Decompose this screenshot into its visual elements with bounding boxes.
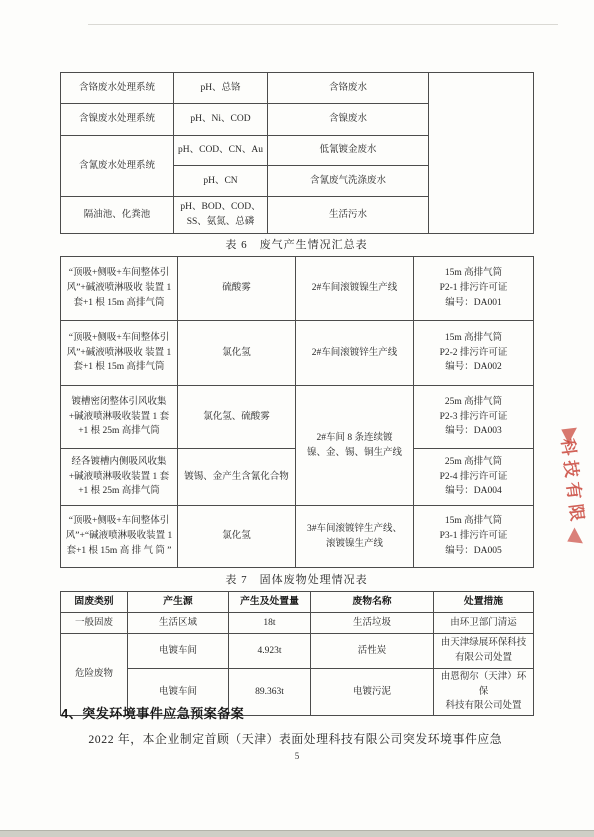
source-cell: 生活区域 xyxy=(128,613,229,634)
seal-fragment-icon xyxy=(557,422,577,444)
wastewater-cell: 含氰废气洗涤废水 xyxy=(268,166,429,197)
indicators-cell: pH、CN xyxy=(174,166,268,197)
treatment-cell: “顶吸+侧吸+车间整体引风”+“碱液喷淋吸收装置 1 套+1 根 15m 高 排… xyxy=(61,506,178,568)
pollutant-cell: 氯化氢 xyxy=(178,321,296,386)
category-cell: 一般固废 xyxy=(61,613,128,634)
column-header: 处置措施 xyxy=(434,592,534,613)
system-cell: 含镍废水处理系统 xyxy=(61,104,174,136)
measure-cell: 由天津绿展环保科技 有限公司处置 xyxy=(434,634,534,669)
seal-text: 科技有限 xyxy=(557,437,593,527)
table-row: 一般固废 生活区域 18t 生活垃圾 由环卫部门清运 xyxy=(61,613,534,634)
source-cell: 2#车间滚镀锌生产线 xyxy=(296,321,414,386)
treatment-cell: “顶吸+侧吸+车间整体引风”+碱液喷淋吸收 装置 1 套+1 根 15m 高排气… xyxy=(61,257,178,321)
source-cell: 电镀车间 xyxy=(128,634,229,669)
table-row: “顶吸+侧吸+车间整体引风”+碱液喷淋吸收 装置 1 套+1 根 15m 高排气… xyxy=(61,321,534,386)
exhaust-gas-table: “顶吸+侧吸+车间整体引风”+碱液喷淋吸收 装置 1 套+1 根 15m 高排气… xyxy=(60,256,534,568)
indicators-cell: pH、BOD、COD、 SS、氨氮、总磷 xyxy=(174,197,268,234)
table-row: “顶吸+侧吸+车间整体引风”+“碱液喷淋吸收装置 1 套+1 根 15m 高 排… xyxy=(61,506,534,568)
seal-fragment-icon xyxy=(563,528,583,550)
company-seal-stamp: 科技有限 xyxy=(556,420,594,550)
wastewater-cell: 含镍废水 xyxy=(268,104,429,136)
pollutant-cell: 氯化氢 xyxy=(178,506,296,568)
outlet-cell: 25m 高排气筒 P2-3 排污许可证 编号：DA003 xyxy=(414,386,534,449)
waste-name-cell: 生活垃圾 xyxy=(311,613,434,634)
amount-cell: 18t xyxy=(229,613,311,634)
outlet-cell: 15m 高排气筒 P3-1 排污许可证 编号：DA005 xyxy=(414,506,534,568)
system-cell: 含氰废水处理系统 xyxy=(61,136,174,197)
source-cell: 2#车间滚镀镍生产线 xyxy=(296,257,414,321)
page-number: 5 xyxy=(0,751,594,761)
pollutant-cell: 镀锡、金产生含氰化合物 xyxy=(178,449,296,506)
pollutant-cell: 硫酸雾 xyxy=(178,257,296,321)
source-cell: 3#车间滚镀锌生产线、 滚镀镍生产线 xyxy=(296,506,414,568)
table-row: 危险废物 电镀车间 4.923t 活性炭 由天津绿展环保科技 有限公司处置 xyxy=(61,634,534,669)
column-header: 产生及处置量 xyxy=(229,592,311,613)
indicators-cell: pH、总铬 xyxy=(174,73,268,104)
table7-caption: 表 7 固体废物处理情况表 xyxy=(60,571,533,587)
indicators-cell: pH、COD、CN、Au xyxy=(174,136,268,166)
document-page: { "page": { "number": "5" }, "stamp": { … xyxy=(0,0,594,837)
table-row: 镀槽密闭整体引风收集+碱液喷淋吸收装置 1 套+1 根 25m 高排气筒 氯化氢… xyxy=(61,386,534,449)
wastewater-table: 含铬废水处理系统 pH、总铬 含铬废水 含镍废水处理系统 pH、Ni、COD 含… xyxy=(60,72,534,234)
empty-merged-cell xyxy=(429,73,534,234)
solid-waste-table: 固废类别 产生源 产生及处置量 废物名称 处置措施 一般固废 生活区域 18t … xyxy=(60,591,534,716)
table-row: 含铬废水处理系统 pH、总铬 含铬废水 xyxy=(61,73,534,104)
system-cell: 含铬废水处理系统 xyxy=(61,73,174,104)
wastewater-cell: 含铬废水 xyxy=(268,73,429,104)
measure-cell: 由环卫部门清运 xyxy=(434,613,534,634)
source-cell: 2#车间 8 条连续镀 镍、金、锡、铜生产线 xyxy=(296,386,414,506)
wastewater-cell: 低氰镀金废水 xyxy=(268,136,429,166)
outlet-cell: 25m 高排气筒 P2-4 排污许可证 编号：DA004 xyxy=(414,449,534,506)
section-heading: 4、突发环境事件应急预案备案 xyxy=(61,703,534,722)
waste-name-cell: 活性炭 xyxy=(311,634,434,669)
wastewater-cell: 生活污水 xyxy=(268,197,429,234)
body-paragraph: 2022 年，本企业制定首顾（天津）表面处理科技有限公司突发环境事件应急 xyxy=(60,730,536,747)
treatment-cell: 经各镀槽内侧吸风收集+碱液喷淋吸收装置 1 套+1 根 25m 高排气筒 xyxy=(61,449,178,506)
column-header: 废物名称 xyxy=(311,592,434,613)
column-header: 固废类别 xyxy=(61,592,128,613)
amount-cell: 4.923t xyxy=(229,634,311,669)
treatment-cell: 镀槽密闭整体引风收集+碱液喷淋吸收装置 1 套+1 根 25m 高排气筒 xyxy=(61,386,178,449)
table-row: “顶吸+侧吸+车间整体引风”+碱液喷淋吸收 装置 1 套+1 根 15m 高排气… xyxy=(61,257,534,321)
table6-caption: 表 6 废气产生情况汇总表 xyxy=(60,236,533,252)
outlet-cell: 15m 高排气筒 P2-2 排污许可证 编号：DA002 xyxy=(414,321,534,386)
indicators-cell: pH、Ni、COD xyxy=(174,104,268,136)
scan-edge-shadow xyxy=(0,830,594,837)
system-cell: 隔油池、化粪池 xyxy=(61,197,174,234)
outlet-cell: 15m 高排气筒 P2-1 排污许可证 编号：DA001 xyxy=(414,257,534,321)
table-header-row: 固废类别 产生源 产生及处置量 废物名称 处置措施 xyxy=(61,592,534,613)
column-header: 产生源 xyxy=(128,592,229,613)
scan-edge-line xyxy=(88,24,558,25)
pollutant-cell: 氯化氢、硫酸雾 xyxy=(178,386,296,449)
treatment-cell: “顶吸+侧吸+车间整体引风”+碱液喷淋吸收 装置 1 套+1 根 15m 高排气… xyxy=(61,321,178,386)
